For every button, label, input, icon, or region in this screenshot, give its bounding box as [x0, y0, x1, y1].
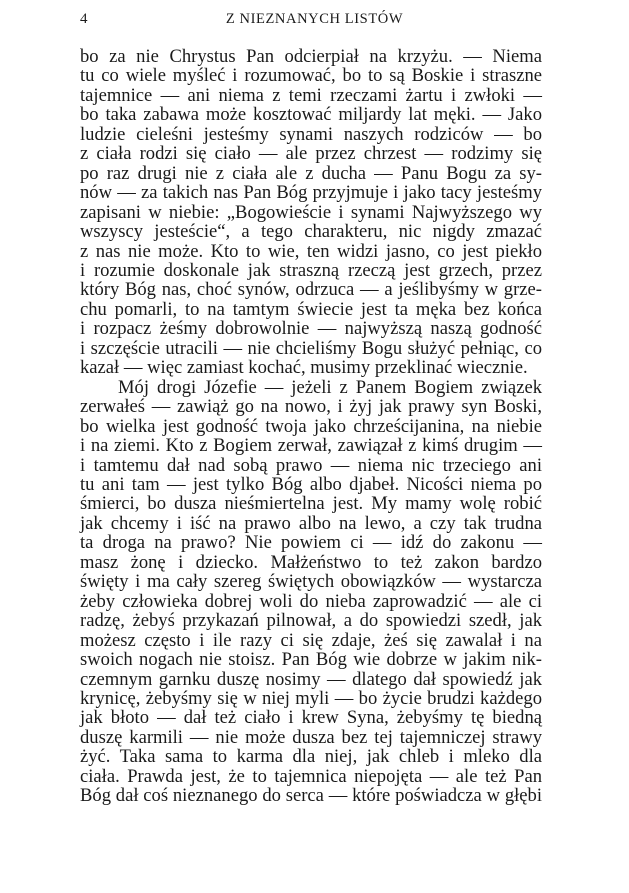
text-line: bo za nie Chrystus Pan odcierpiał na krz…	[80, 47, 542, 66]
text-line: ludzie cieleśni jesteśmy synami naszych …	[80, 125, 542, 144]
text-line: żyć. Taka sama to karma dla niej, jak ch…	[80, 747, 542, 766]
text-line: tajemnice — ani niema z temi rzeczami ża…	[80, 86, 542, 105]
text-line: i tamtemu dał nad sobą prawo — niema nic…	[80, 456, 542, 475]
body-text: bo za nie Chrystus Pan odcierpiał na krz…	[80, 47, 542, 806]
text-line: jak chcemy i iść na prawo albo na lewo, …	[80, 514, 542, 533]
text-line: możesz często i ile razy ci się zdaje, ż…	[80, 631, 542, 650]
text-line: zerwałeś — zawiąż go na nowo, i żyj jak …	[80, 397, 542, 416]
text-line: śmierci, bo dusza nieśmiertelna jest. My…	[80, 494, 542, 513]
text-line: kazał — więc zamiast kochać, musimy prze…	[80, 358, 542, 377]
text-line: z nas nie może. Kto to wie, ten widzi ja…	[80, 242, 542, 261]
text-line: krynicę, żebyśmy się w niej myli — bo ży…	[80, 689, 542, 708]
text-line: bo wielka jest godność twoja jako chrześ…	[80, 417, 542, 436]
text-line: masz żonę i dziecko. Małżeństwo to też z…	[80, 553, 542, 572]
text-line: tu co wiele myśleć i rozumować, bo to są…	[80, 66, 542, 85]
text-line: i szczęście utracili — nie chcieliśmy Bo…	[80, 339, 542, 358]
running-title: Z NIEZNANYCH LISTÓW	[0, 10, 629, 28]
text-line: święty i ma cały szereg świętych obowiąz…	[80, 572, 542, 591]
text-line: chu pomarli, to na tamtym świecie jest t…	[80, 300, 542, 319]
text-line: z ciała rodzi się ciało — ale przez chrz…	[80, 144, 542, 163]
text-line: zapisani w niebie: „Bogowieście i synami…	[80, 203, 542, 222]
text-line: tu ani tam — jest tylko Bóg albo djabeł.…	[80, 475, 542, 494]
text-line: który Bóg nas, choć synów, odrzuca — a j…	[80, 280, 542, 299]
text-line: Mój drogi Józefie — jeżeli z Panem Bogie…	[80, 378, 542, 397]
text-line: i na ziemi. Kto z Bogiem zerwał, zawiąza…	[80, 436, 542, 455]
text-line: nów — za takich nas Pan Bóg przyjmuje i …	[80, 183, 542, 202]
text-line: i rozpacz żeśmy dobrowolnie — najwyższą …	[80, 319, 542, 338]
text-line: Bóg dał coś nieznanego do serca — które …	[80, 786, 542, 805]
text-line: radzę, żebyś przykazań pilnował, a do sp…	[80, 611, 542, 630]
text-line: wszyscy jesteście“, a tego charakteru, n…	[80, 222, 542, 241]
text-line: bo taka zabawa może kosztować miljardy l…	[80, 105, 542, 124]
text-line: ciała. Prawda jest, że to tajemnica niep…	[80, 767, 542, 786]
text-line: czemnym garnku duszę nosimy — dlatego da…	[80, 670, 542, 689]
text-line: ta droga na prawo? Nie powiem ci — idź d…	[80, 533, 542, 552]
text-line: duszę karmili — nie może dusza bez tej t…	[80, 728, 542, 747]
text-line: żeby człowieka dobrej woli do nieba zapr…	[80, 592, 542, 611]
text-line: jak błoto — dał też ciało i krew Syna, ż…	[80, 708, 542, 727]
text-line: swoich nogach nie stoisz. Pan Bóg wie do…	[80, 650, 542, 669]
text-line: i rozumie doskonale jak straszną rzeczą …	[80, 261, 542, 280]
text-line: po raz drugi nie z ciała ale z ducha — P…	[80, 164, 542, 183]
